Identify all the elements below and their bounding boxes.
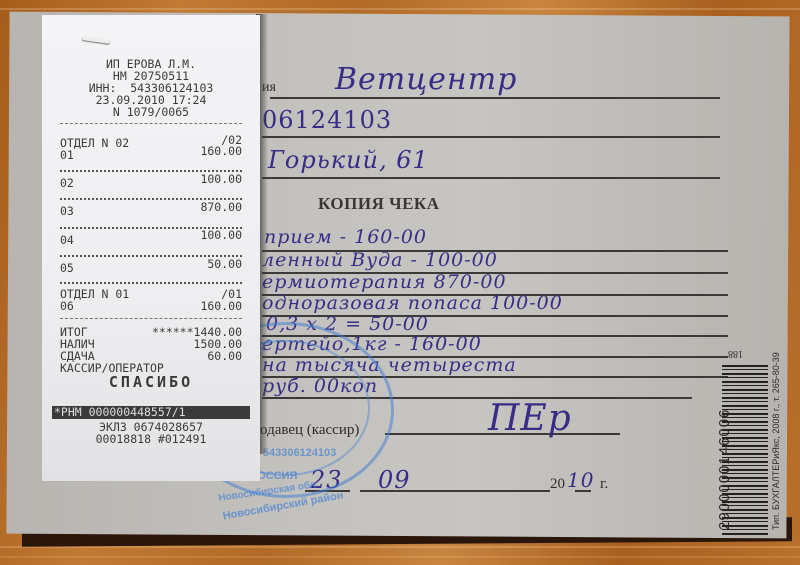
form-line bbox=[270, 97, 720, 99]
receipt-number: N 1079/0065 bbox=[42, 106, 260, 119]
handwritten-address: Горький, 61 bbox=[268, 146, 429, 174]
item-no: 04 bbox=[60, 234, 74, 247]
signature: ПЕр bbox=[488, 398, 572, 439]
staple bbox=[82, 36, 110, 44]
printer-info: Тип. БУХГАЛТЕРиЯкс, 2008 г., т. 265-80-3… bbox=[771, 352, 781, 530]
year-prefix: 20 bbox=[550, 476, 565, 493]
item-amount: 160.00 bbox=[200, 145, 242, 158]
handwritten-inn: 06124103 bbox=[262, 106, 392, 134]
item-amount: 870.00 bbox=[200, 201, 242, 214]
wood-grain bbox=[0, 556, 800, 558]
divider bbox=[60, 318, 242, 319]
change-value: 60.00 bbox=[207, 350, 242, 363]
receipt-footer: 00018818 #012491 bbox=[42, 433, 260, 446]
form-number: 188 bbox=[728, 348, 743, 359]
item-amount: 50.00 bbox=[207, 258, 242, 271]
form-line bbox=[262, 136, 720, 138]
handwritten-line-4: одноразовая попаса 100-00 bbox=[262, 292, 563, 314]
item-no: 01 bbox=[60, 149, 74, 162]
item-no: 02 bbox=[60, 177, 74, 190]
wood-grain bbox=[0, 546, 800, 548]
item-no: 03 bbox=[60, 205, 74, 218]
item-no: 05 bbox=[60, 262, 74, 275]
handwritten-year: 10 bbox=[567, 468, 594, 492]
rnm-number: *РНМ 000000448557/1 bbox=[52, 406, 250, 419]
thanks-text: СПАСИБО bbox=[42, 376, 260, 389]
wood-grain bbox=[0, 8, 800, 10]
item-amount: 160.00 bbox=[200, 300, 242, 313]
handwritten-org-name: Ветцентр bbox=[335, 62, 517, 97]
item-amount: 100.00 bbox=[200, 229, 242, 242]
year-unit: г. bbox=[600, 476, 608, 493]
barcode-digits: 2900000146006 bbox=[716, 409, 733, 530]
handwritten-line-1: прием - 160-00 bbox=[264, 226, 427, 248]
divider bbox=[60, 123, 242, 124]
cash-register-receipt: ИП ЕРОВА Л.М. НМ 20750511 ИНН: 543306124… bbox=[42, 15, 260, 481]
handwritten-line-3: ермиотерапия 870-00 bbox=[262, 271, 507, 293]
slip-title: КОПИЯ ЧЕКА bbox=[318, 194, 440, 214]
divider bbox=[60, 282, 242, 284]
handwritten-line-2: ленный Вуда - 100-00 bbox=[262, 249, 498, 271]
item-no: 06 bbox=[60, 300, 74, 313]
form-line bbox=[262, 177, 720, 179]
item-amount: 100.00 bbox=[200, 173, 242, 186]
handwritten-month: 09 bbox=[378, 466, 411, 494]
